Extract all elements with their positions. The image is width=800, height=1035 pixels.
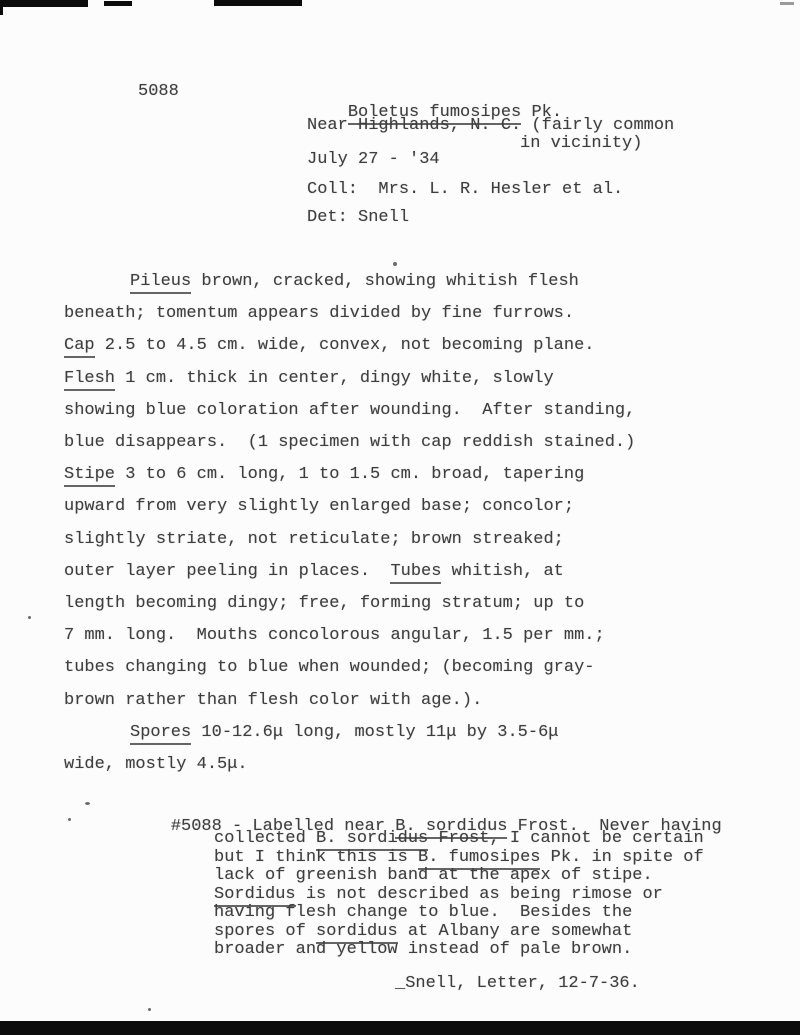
- text-segment: lack of greenish band at the apex of sti…: [214, 866, 653, 885]
- text-line: length becoming dingy; free, forming str…: [64, 588, 635, 620]
- collector-line: Coll: Mrs. L. R. Hesler et al.: [307, 180, 623, 199]
- scan-edge-artifact: [0, 0, 3, 15]
- text-segment: 1 cm. thick in center, dingy white, slow…: [115, 369, 554, 388]
- underlined-term: Spores: [130, 723, 191, 745]
- scan-speck: [68, 818, 71, 821]
- text-line: but I think this is B. fumosipes Pk. in …: [214, 849, 704, 868]
- text-segment: 7 mm. long. Mouths concolorous angular, …: [64, 626, 605, 645]
- text-line: Pileus brown, cracked, showing whitish f…: [64, 266, 635, 298]
- text-segment: spores of: [214, 922, 316, 941]
- text-segment: showing blue coloration after wounding. …: [64, 401, 635, 420]
- location-line-2: in vicinity): [520, 134, 642, 153]
- location-line-1: Near Highlands, N. C. (fairly common: [307, 116, 674, 135]
- signature-line: _Snell, Letter, 12-7-36.: [395, 974, 640, 993]
- text-line: Spores 10-12.6μ long, mostly 11μ by 3.5-…: [64, 717, 635, 749]
- scanned-document-page: 5088 Boletus fumosipes Pk. Near Highland…: [0, 0, 800, 1035]
- text-segment: broader and yellow instead of pale brown…: [214, 940, 632, 959]
- underlined-term: Pileus: [130, 272, 191, 294]
- text-line: beneath; tomentum appears divided by fin…: [64, 298, 635, 330]
- text-segment: collected: [214, 829, 316, 848]
- text-segment: Pk. in spite of: [540, 848, 703, 867]
- text-line: having flesh change to blue. Besides the: [214, 904, 704, 923]
- text-line: collected B. sordidus Frost, I cannot be…: [214, 830, 704, 849]
- text-segment: 10-12.6μ long, mostly 11μ by 3.5-6μ: [191, 723, 558, 742]
- text-segment: but I think this is: [214, 848, 418, 867]
- text-line: Flesh 1 cm. thick in center, dingy white…: [64, 363, 635, 395]
- text-segment: upward from very slightly enlarged base;…: [64, 497, 574, 516]
- underlined-term: Tubes: [390, 562, 441, 584]
- underlined-term: Cap: [64, 336, 95, 358]
- text-segment: length becoming dingy; free, forming str…: [64, 594, 584, 613]
- scan-edge-artifact: [0, 1021, 800, 1035]
- text-line: upward from very slightly enlarged base;…: [64, 491, 635, 523]
- text-line: Sordidus is not described as being rimos…: [214, 886, 704, 905]
- text-line: 7 mm. long. Mouths concolorous angular, …: [64, 620, 635, 652]
- text-segment: wide, mostly 4.5μ.: [64, 755, 248, 774]
- text-segment: outer layer peeling in places.: [64, 562, 390, 581]
- text-line: brown rather than flesh color with age.)…: [64, 685, 635, 717]
- text-segment: slightly striate, not reticulate; brown …: [64, 530, 564, 549]
- text-segment: 2.5 to 4.5 cm. wide, convex, not becomin…: [95, 336, 595, 355]
- determiner-line: Det: Snell: [307, 208, 409, 227]
- underlined-term: Stipe: [64, 465, 115, 487]
- text-line: wide, mostly 4.5μ.: [64, 749, 635, 781]
- text-line: lack of greenish band at the apex of sti…: [214, 867, 704, 886]
- scan-speck: [28, 616, 31, 619]
- text-segment: is not described as being rimose or: [296, 885, 663, 904]
- scan-edge-artifact: [214, 0, 302, 6]
- text-line: slightly striate, not reticulate; brown …: [64, 524, 635, 556]
- text-segment: tubes changing to blue when wounded; (be…: [64, 658, 595, 677]
- text-line: broader and yellow instead of pale brown…: [214, 941, 704, 960]
- note-body: collected B. sordidus Frost, I cannot be…: [214, 830, 704, 960]
- text-line: Cap 2.5 to 4.5 cm. wide, convex, not bec…: [64, 330, 635, 362]
- text-line: showing blue coloration after wounding. …: [64, 395, 635, 427]
- text-segment: brown, cracked, showing whitish flesh: [191, 272, 579, 291]
- text-segment: beneath; tomentum appears divided by fin…: [64, 304, 574, 323]
- collection-number: 5088: [138, 82, 179, 101]
- scan-edge-artifact: [0, 0, 88, 7]
- text-segment: at Albany are somewhat: [398, 922, 633, 941]
- text-segment: Frost, I cannot be certain: [428, 829, 703, 848]
- scan-edge-artifact: [780, 2, 794, 5]
- scan-speck: [85, 802, 90, 805]
- text-line: outer layer peeling in places. Tubes whi…: [64, 556, 635, 588]
- underlined-term: Flesh: [64, 369, 115, 391]
- scan-edge-artifact: [104, 1, 132, 6]
- text-segment: brown rather than flesh color with age.)…: [64, 691, 482, 710]
- scan-speck: [148, 1008, 151, 1011]
- text-line: Stipe 3 to 6 cm. long, 1 to 1.5 cm. broa…: [64, 459, 635, 491]
- text-line: blue disappears. (1 specimen with cap re…: [64, 427, 635, 459]
- text-segment: having flesh change to blue. Besides the: [214, 903, 632, 922]
- text-segment: whitish, at: [441, 562, 563, 581]
- text-segment: 3 to 6 cm. long, 1 to 1.5 cm. broad, tap…: [115, 465, 584, 484]
- text-line: tubes changing to blue when wounded; (be…: [64, 652, 635, 684]
- collection-date: July 27 - '34: [307, 150, 440, 169]
- description-paragraph: Pileus brown, cracked, showing whitish f…: [64, 266, 635, 781]
- text-line: spores of sordidus at Albany are somewha…: [214, 923, 704, 942]
- text-segment: blue disappears. (1 specimen with cap re…: [64, 433, 635, 452]
